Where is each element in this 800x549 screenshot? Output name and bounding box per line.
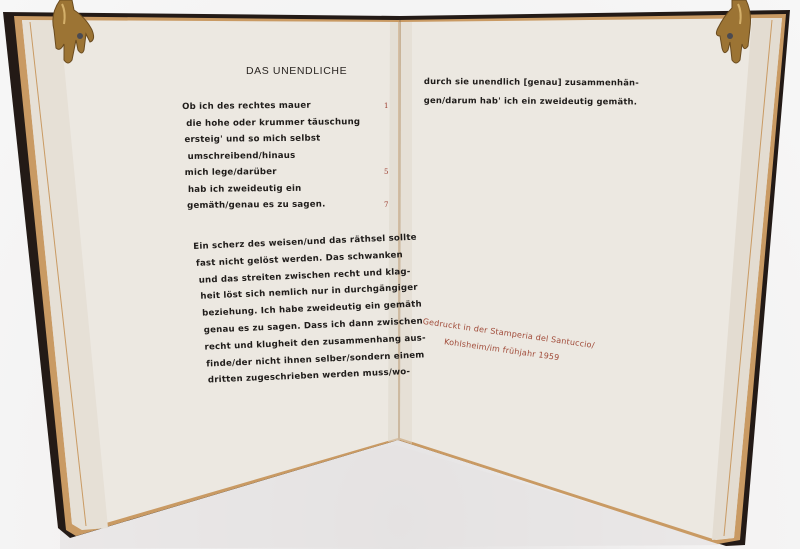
continuation-text: durch sie unendlich [genau] zusammenhän-… bbox=[424, 72, 639, 111]
brass-hand-clip-left bbox=[42, 0, 98, 66]
poem-line: hab ich zweideutig ein bbox=[188, 180, 361, 198]
poem-title: DAS UNENDLICHE bbox=[246, 65, 347, 77]
poem-line: ersteig' und so mich selbst bbox=[184, 130, 360, 148]
line-number bbox=[384, 148, 388, 165]
poem-line: die hohe oder krummer täuschung bbox=[186, 114, 360, 132]
continuation-line: durch sie unendlich [genau] zusammenhän- bbox=[424, 72, 639, 93]
prose-paragraph: Ein scherz des weisen/und das räthsel so… bbox=[193, 229, 428, 390]
poem-line: Ob ich des rechtes mauer bbox=[182, 97, 360, 115]
poem-stanza: Ob ich des rechtes mauer die hohe oder k… bbox=[184, 97, 361, 214]
line-number: 1 bbox=[384, 98, 388, 115]
brass-hand-clip-right bbox=[708, 0, 764, 66]
line-number: 5 bbox=[384, 164, 388, 181]
line-number: 7 bbox=[384, 197, 388, 214]
poem-line: gemäth/genau es zu sagen. bbox=[187, 196, 361, 214]
continuation-line: gen/darum hab' ich ein zweideutig gemäth… bbox=[424, 91, 639, 112]
line-number bbox=[384, 181, 388, 198]
line-number bbox=[384, 131, 388, 148]
line-number bbox=[384, 115, 388, 132]
poem-line: mich lege/darüber bbox=[185, 163, 361, 181]
poem-line: umschreibend/hinaus bbox=[188, 147, 361, 165]
line-numbers: 1 5 7 bbox=[384, 98, 388, 214]
